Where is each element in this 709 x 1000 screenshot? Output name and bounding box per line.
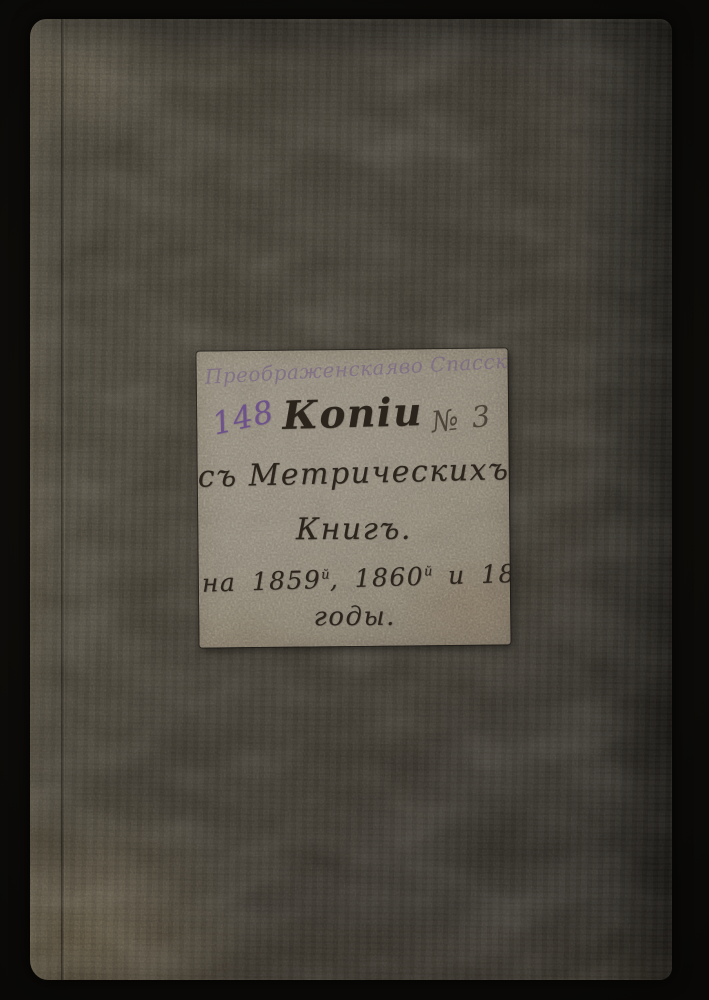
hinge-groove — [61, 19, 64, 980]
label-line-metrical: съ Метрическихъ — [197, 452, 509, 495]
pencil-heading-right: во Спасскѣ — [398, 348, 510, 378]
label-years-line: на 1859й, 1860й и 1861й — [198, 559, 510, 598]
paper-label: Преображенская во Спасскѣ 148 Копіи № 3 … — [196, 348, 510, 647]
label-line-books: Книгъ. — [198, 511, 509, 547]
spine-fold — [30, 19, 64, 980]
year-1859-value: 1859 — [251, 565, 322, 596]
label-years-word: годы. — [199, 601, 510, 633]
document-number: № 3 — [429, 398, 494, 439]
year-1861-value: 1861 — [481, 558, 511, 589]
year-1860-suffix: й — [424, 564, 433, 579]
years-conjunction: и — [448, 561, 467, 591]
year-1859: 1859й, — [251, 564, 339, 596]
years-prefix: на — [201, 568, 236, 598]
year-1860: 1860й — [354, 562, 433, 593]
pencil-heading: Преображенская во Спасскѣ — [204, 349, 500, 388]
years-separator: , — [329, 564, 339, 593]
year-1860-value: 1860 — [354, 562, 425, 593]
book-cover: Преображенская во Спасскѣ 148 Копіи № 3 … — [30, 19, 672, 980]
pencil-heading-left: Преображенская — [204, 355, 399, 389]
year-1861: 1861й — [481, 558, 511, 589]
photo-backdrop: Преображенская во Спасскѣ 148 Копіи № 3 … — [0, 0, 709, 1000]
